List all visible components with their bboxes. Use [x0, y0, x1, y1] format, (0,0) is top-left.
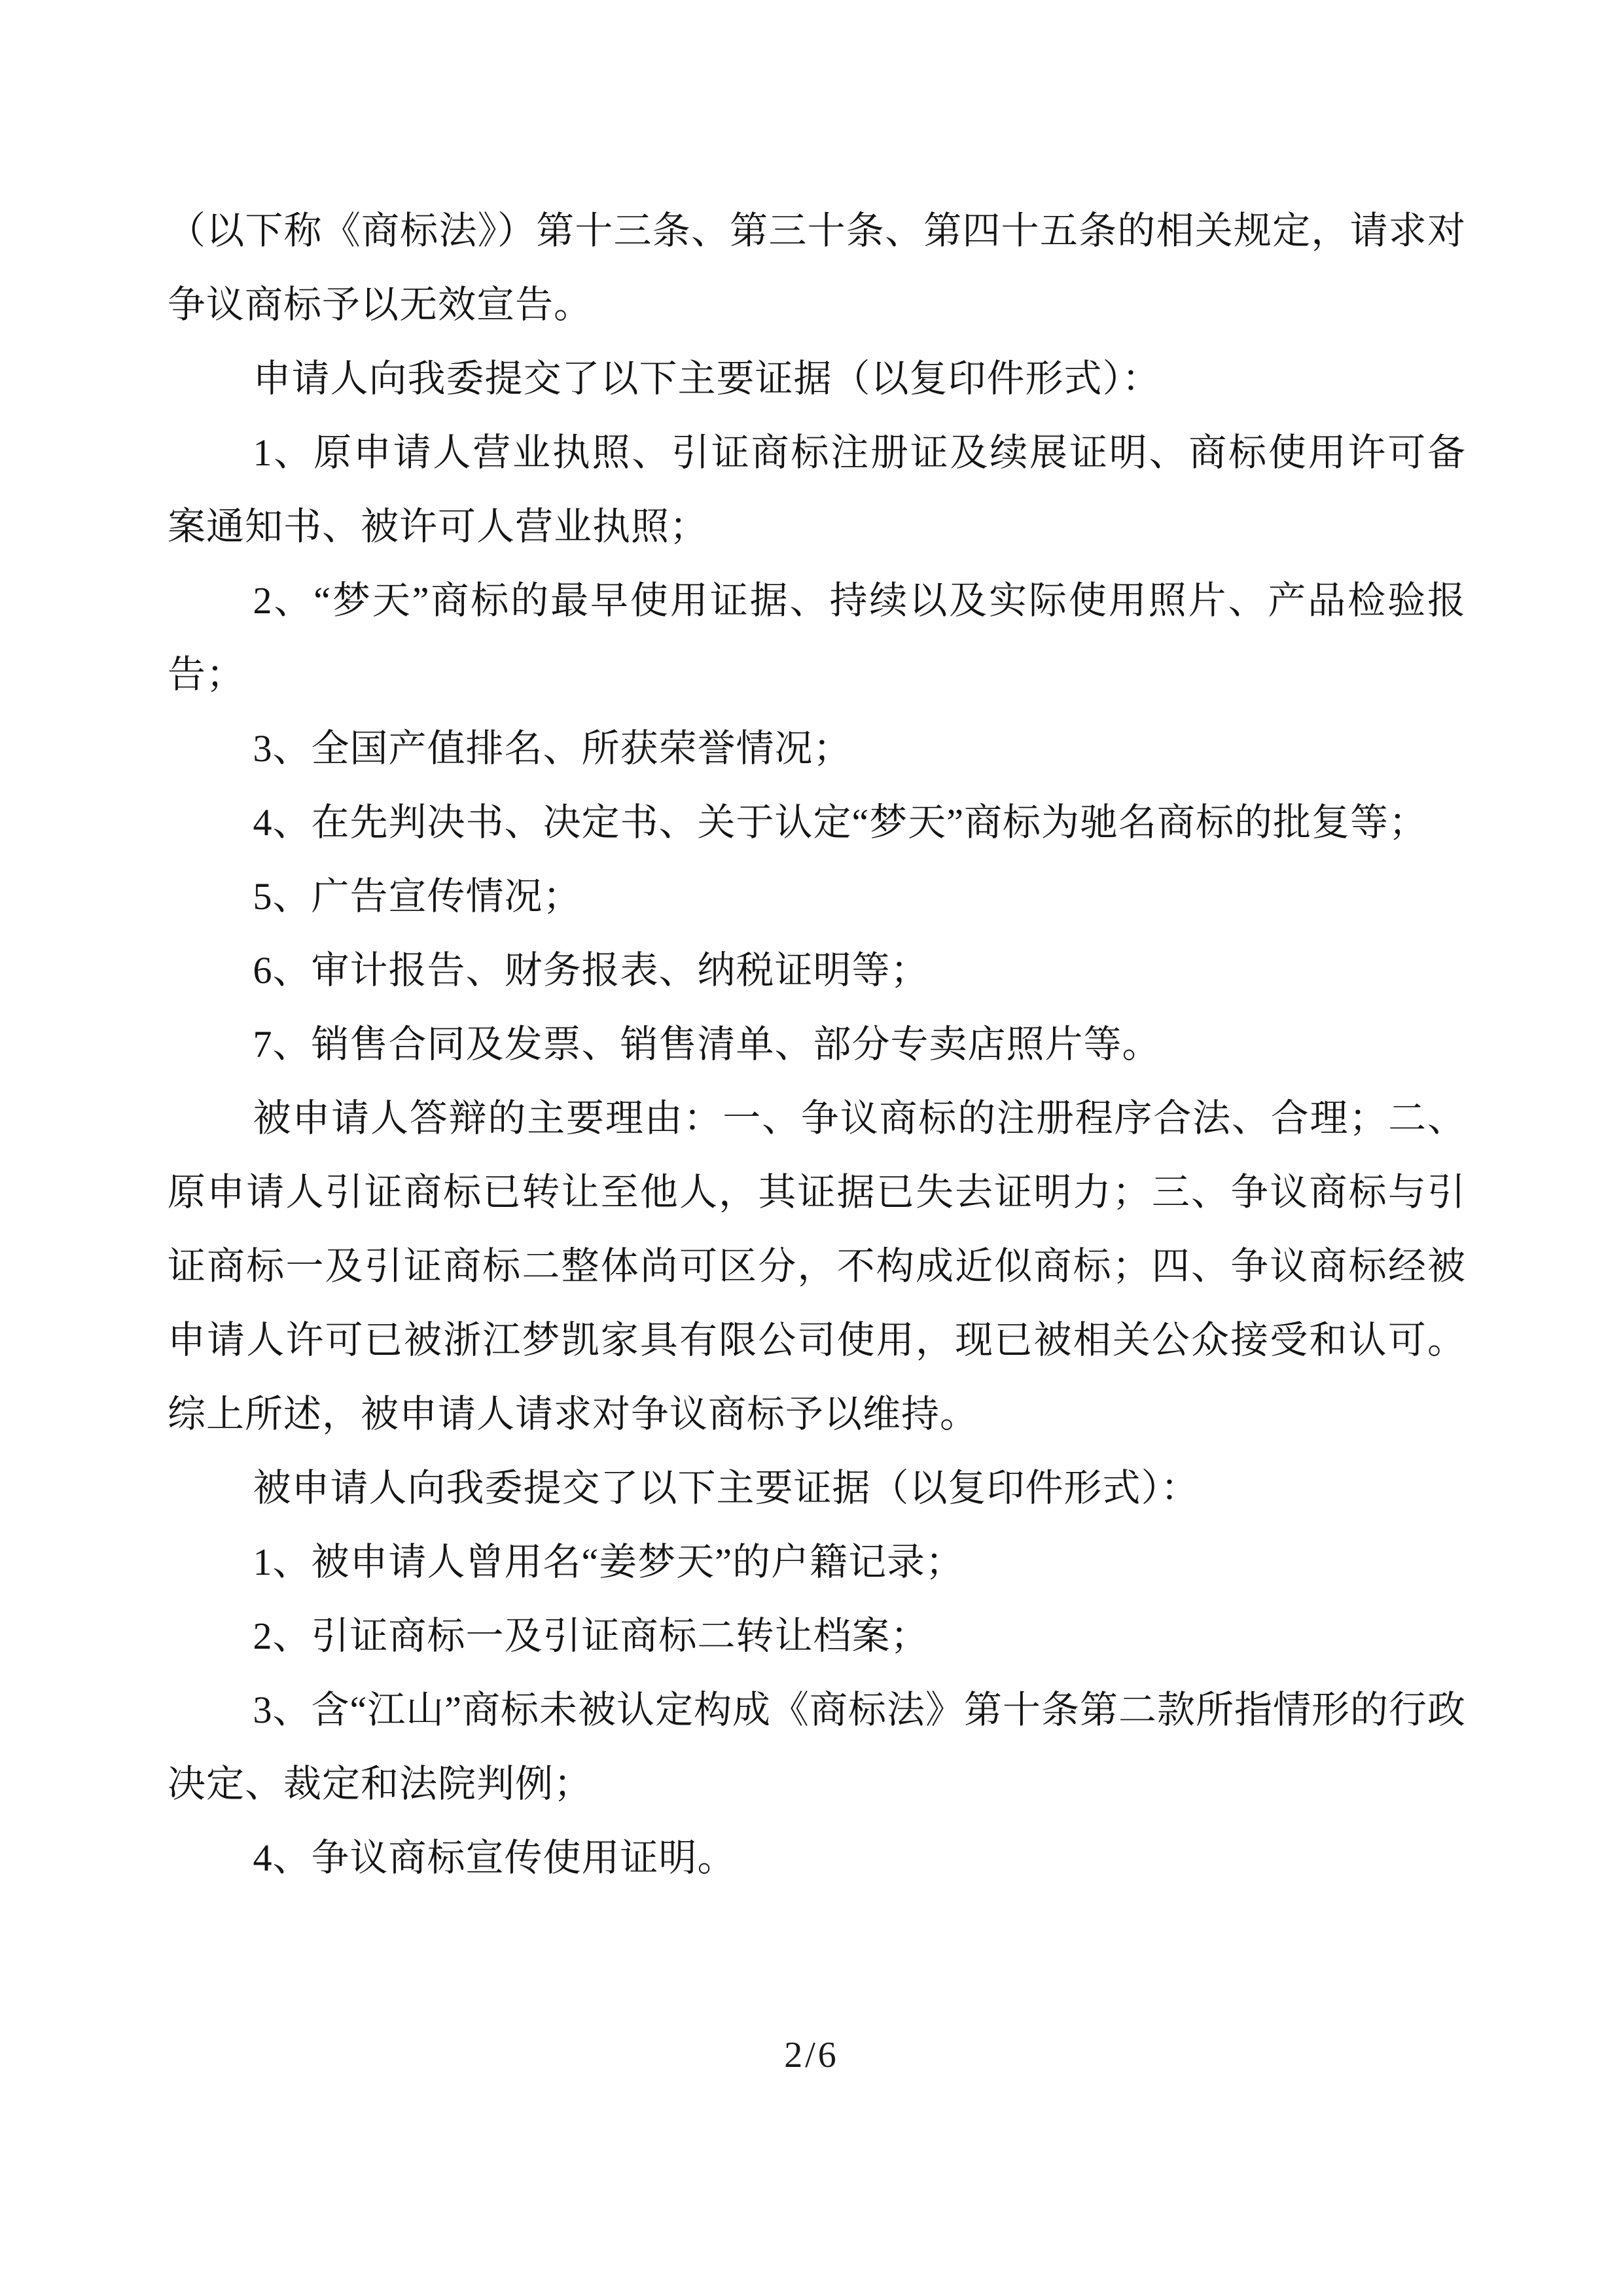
list-item: 5、广告宣传情况；: [168, 859, 1466, 933]
paragraph: 被申请人答辩的主要理由：一、争议商标的注册程序合法、合理；二、原申请人引证商标已…: [168, 1081, 1466, 1451]
page-number: 2/6: [0, 2032, 1623, 2078]
list-item: 3、含“江山”商标未被认定构成《商标法》第十条第二款所指情形的行政决定、裁定和法…: [168, 1673, 1466, 1821]
document-page: （以下称《商标法》）第十三条、第三十条、第四十五条的相关规定，请求对争议商标予以…: [0, 0, 1623, 2296]
list-item: 1、原申请人营业执照、引证商标注册证及续展证明、商标使用许可备案通知书、被许可人…: [168, 416, 1466, 564]
list-item: 3、全国产值排名、所获荣誉情况；: [168, 711, 1466, 785]
list-item: 2、“梦天”商标的最早使用证据、持续以及实际使用照片、产品检验报告；: [168, 564, 1466, 711]
document-body: （以下称《商标法》）第十三条、第三十条、第四十五条的相关规定，请求对争议商标予以…: [168, 194, 1466, 1895]
list-item: 4、在先判决书、决定书、关于认定“梦天”商标为驰名商标的批复等；: [168, 785, 1466, 859]
list-item: 7、销售合同及发票、销售清单、部分专卖店照片等。: [168, 1007, 1466, 1081]
list-item: 2、引证商标一及引证商标二转让档案；: [168, 1599, 1466, 1673]
paragraph: 被申请人向我委提交了以下主要证据（以复印件形式）：: [168, 1451, 1466, 1525]
list-item: 6、审计报告、财务报表、纳税证明等；: [168, 933, 1466, 1007]
list-item: 1、被申请人曾用名“姜梦天”的户籍记录；: [168, 1525, 1466, 1599]
paragraph: （以下称《商标法》）第十三条、第三十条、第四十五条的相关规定，请求对争议商标予以…: [168, 194, 1466, 342]
list-item: 4、争议商标宣传使用证明。: [168, 1821, 1466, 1895]
paragraph: 申请人向我委提交了以下主要证据（以复印件形式）：: [168, 342, 1466, 416]
